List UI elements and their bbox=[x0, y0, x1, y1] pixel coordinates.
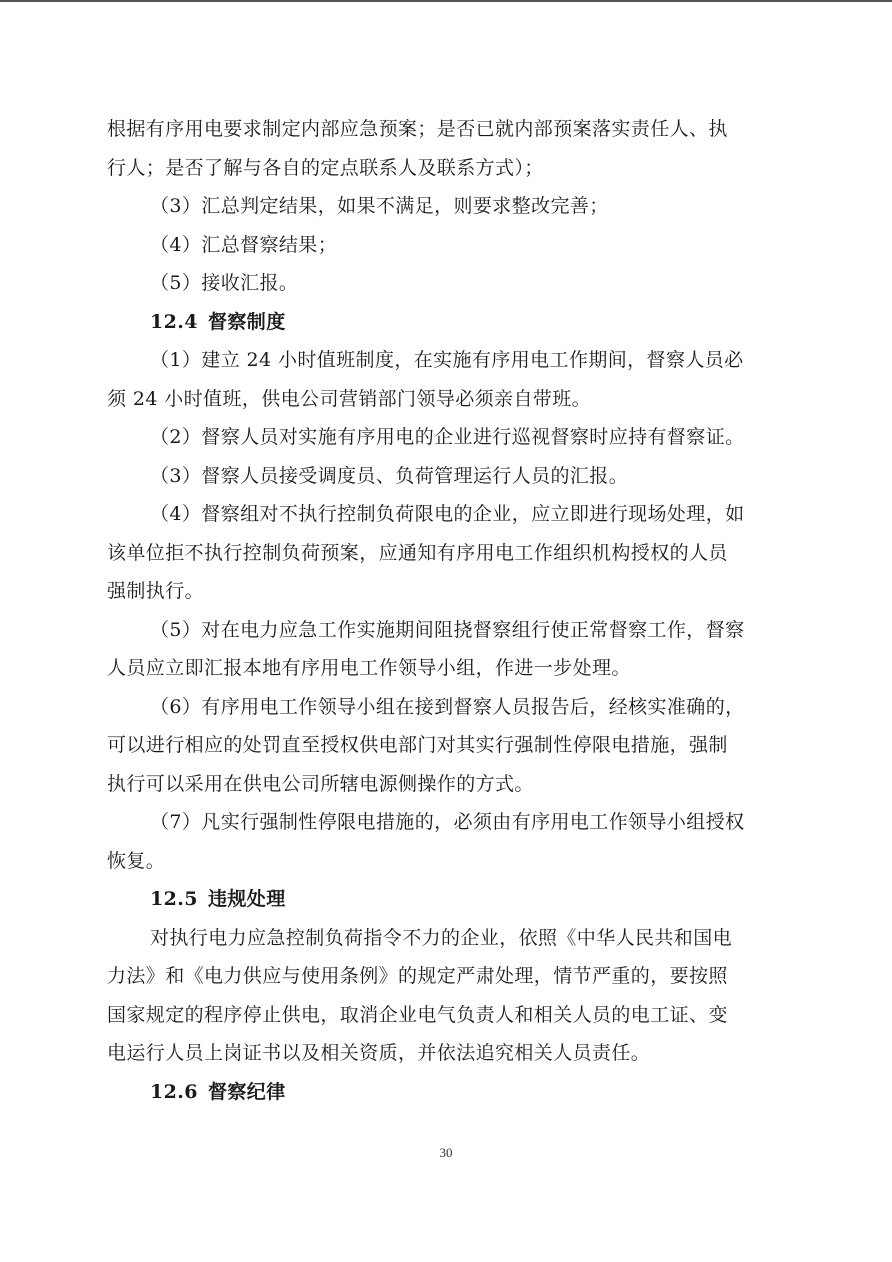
body-text-line: （6）有序用电工作领导小组在接到督察人员报告后，经核实准确的， bbox=[107, 688, 787, 727]
document-page-body: 根据有序用电要求制定内部应急预案；是否已就内部预案落实责任人、执行人；是否了解与… bbox=[107, 110, 787, 1111]
body-text-line: （5）对在电力应急工作实施期间阻挠督察组行使正常督察工作，督察 bbox=[107, 611, 787, 650]
body-text-line: 行人；是否了解与各自的定点联系人及联系方式）； bbox=[107, 149, 787, 188]
body-text-line: 国家规定的程序停止供电，取消企业电气负责人和相关人员的电工证、变 bbox=[107, 996, 787, 1035]
page-number: 30 bbox=[0, 1145, 892, 1161]
section-number: 12.5 bbox=[150, 880, 208, 919]
body-text-line: （2）督察人员对实施有序用电的企业进行巡视督察时应持有督察证。 bbox=[107, 418, 787, 457]
body-text-line: （3）督察人员接受调度员、负荷管理运行人员的汇报。 bbox=[107, 457, 787, 496]
body-text-line: 该单位拒不执行控制负荷预案，应通知有序用电工作组织机构授权的人员 bbox=[107, 534, 787, 573]
body-text-line: 恢复。 bbox=[107, 842, 787, 881]
body-text-line: 可以进行相应的处罚直至授权供电部门对其实行强制性停限电措施，强制 bbox=[107, 726, 787, 765]
body-text-line: （4）汇总督察结果； bbox=[107, 226, 787, 265]
body-text-line: 力法》和《电力供应与使用条例》的规定严肃处理，情节严重的，要按照 bbox=[107, 957, 787, 996]
body-text-line: 执行可以采用在供电公司所辖电源侧操作的方式。 bbox=[107, 765, 787, 804]
section-title: 督察制度 bbox=[208, 311, 286, 333]
section-heading: 12.6督察纪律 bbox=[107, 1073, 787, 1112]
body-text-line: 强制执行。 bbox=[107, 572, 787, 611]
section-title: 督察纪律 bbox=[208, 1081, 286, 1103]
section-number: 12.6 bbox=[150, 1073, 208, 1112]
body-text-line: （1）建立 24 小时值班制度，在实施有序用电工作期间，督察人员必 bbox=[107, 341, 787, 380]
top-border-rule bbox=[0, 0, 892, 2]
body-text-line: 须 24 小时值班，供电公司营销部门领导必须亲自带班。 bbox=[107, 380, 787, 419]
body-text-line: （4）督察组对不执行控制负荷限电的企业，应立即进行现场处理，如 bbox=[107, 495, 787, 534]
section-number: 12.4 bbox=[150, 303, 208, 342]
body-text-line: 电运行人员上岗证书以及相关资质，并依法追究相关人员责任。 bbox=[107, 1034, 787, 1073]
section-heading: 12.4督察制度 bbox=[107, 303, 787, 342]
body-text-line: （7）凡实行强制性停限电措施的，必须由有序用电工作领导小组授权 bbox=[107, 803, 787, 842]
section-heading: 12.5违规处理 bbox=[107, 880, 787, 919]
section-title: 违规处理 bbox=[208, 888, 286, 910]
body-text-line: 人员应立即汇报本地有序用电工作领导小组，作进一步处理。 bbox=[107, 649, 787, 688]
body-text-line: （5）接收汇报。 bbox=[107, 264, 787, 303]
body-text-line: 根据有序用电要求制定内部应急预案；是否已就内部预案落实责任人、执 bbox=[107, 110, 787, 149]
body-text-line: 对执行电力应急控制负荷指令不力的企业，依照《中华人民共和国电 bbox=[107, 919, 787, 958]
body-text-line: （3）汇总判定结果，如果不满足，则要求整改完善； bbox=[107, 187, 787, 226]
